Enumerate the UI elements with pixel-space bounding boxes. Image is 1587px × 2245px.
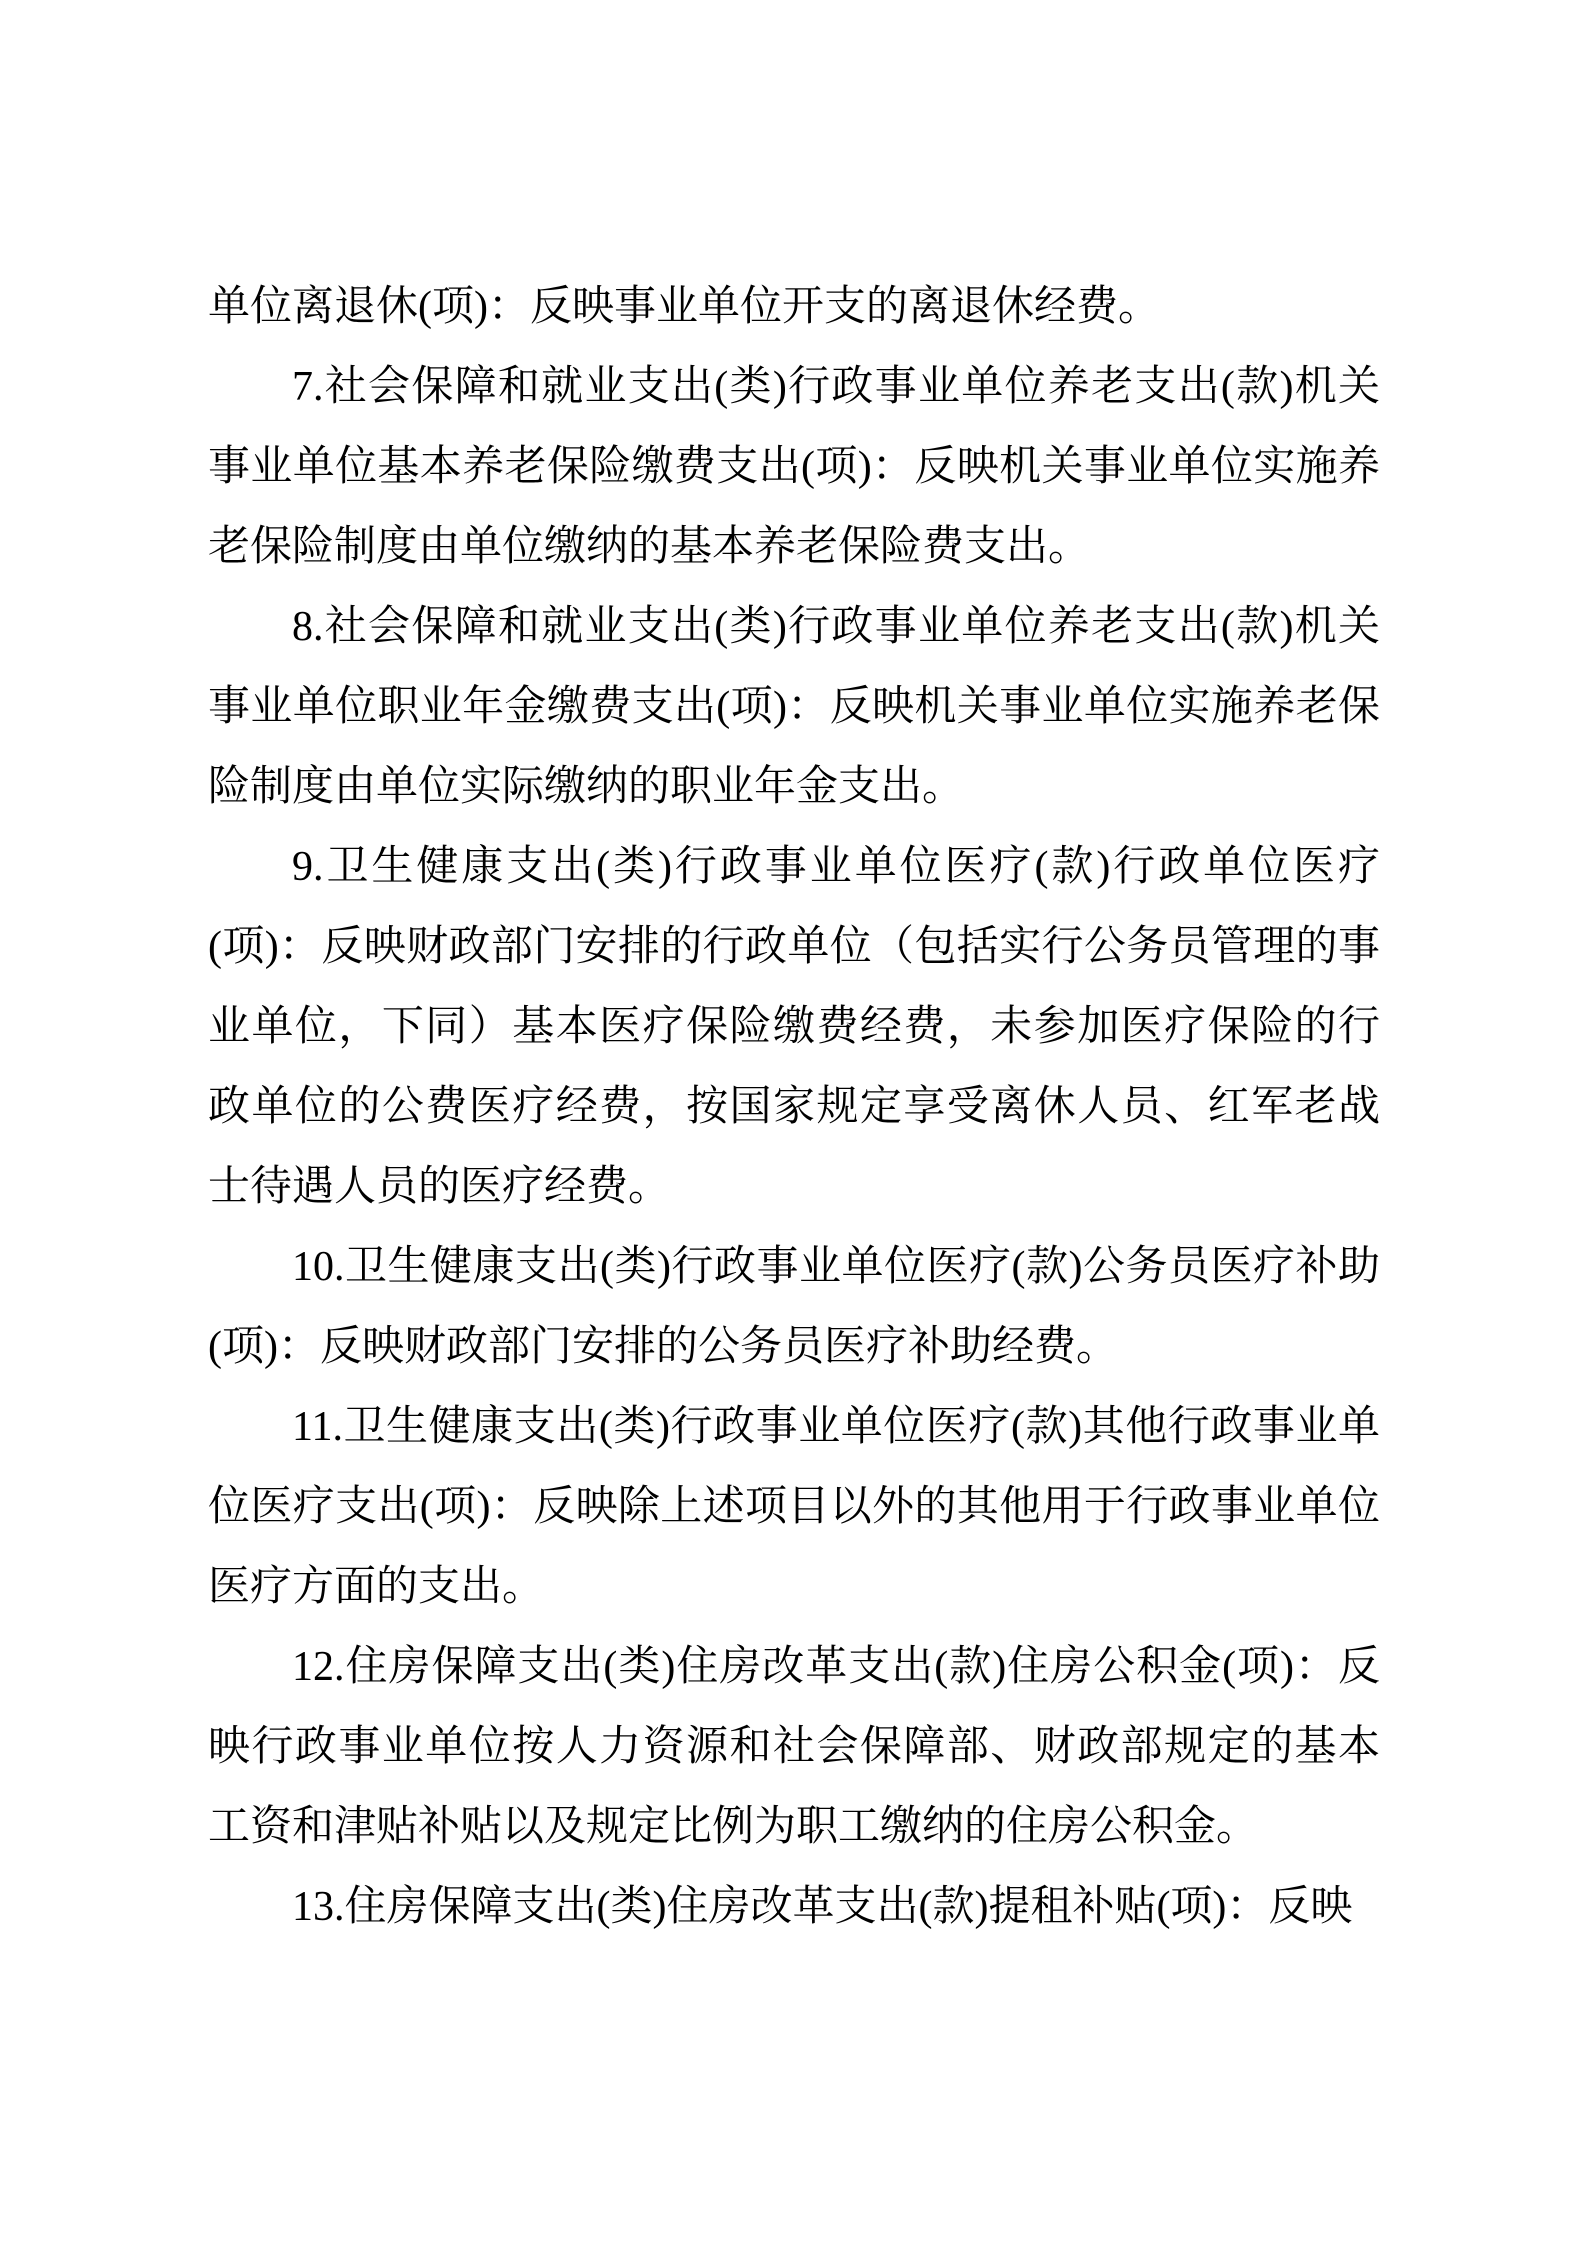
paragraph-item-10: 10.卫生健康支出(类)行政事业单位医疗(款)公务员医疗补助(项)：反映财政部门…: [208, 1227, 1380, 1387]
document-text-block: 单位离退休(项)：反映事业单位开支的离退休经费。 7.社会保障和就业支出(类)行…: [208, 267, 1380, 1947]
paragraph-item-11: 11.卫生健康支出(类)行政事业单位医疗(款)其他行政事业单位医疗支出(项)：反…: [208, 1387, 1380, 1627]
paragraph-item-13: 13.住房保障支出(类)住房改革支出(款)提租补贴(项)：反映: [208, 1867, 1380, 1947]
paragraph-item-8: 8.社会保障和就业支出(类)行政事业单位养老支出(款)机关事业单位职业年金缴费支…: [208, 587, 1380, 827]
paragraph-item-12: 12.住房保障支出(类)住房改革支出(款)住房公积金(项)：反映行政事业单位按人…: [208, 1627, 1380, 1867]
paragraph-continuation: 单位离退休(项)：反映事业单位开支的离退休经费。: [208, 267, 1380, 347]
document-page: 单位离退休(项)：反映事业单位开支的离退休经费。 7.社会保障和就业支出(类)行…: [0, 0, 1587, 2245]
paragraph-item-7: 7.社会保障和就业支出(类)行政事业单位养老支出(款)机关事业单位基本养老保险缴…: [208, 347, 1380, 587]
paragraph-item-9: 9.卫生健康支出(类)行政事业单位医疗(款)行政单位医疗(项)：反映财政部门安排…: [208, 827, 1380, 1227]
